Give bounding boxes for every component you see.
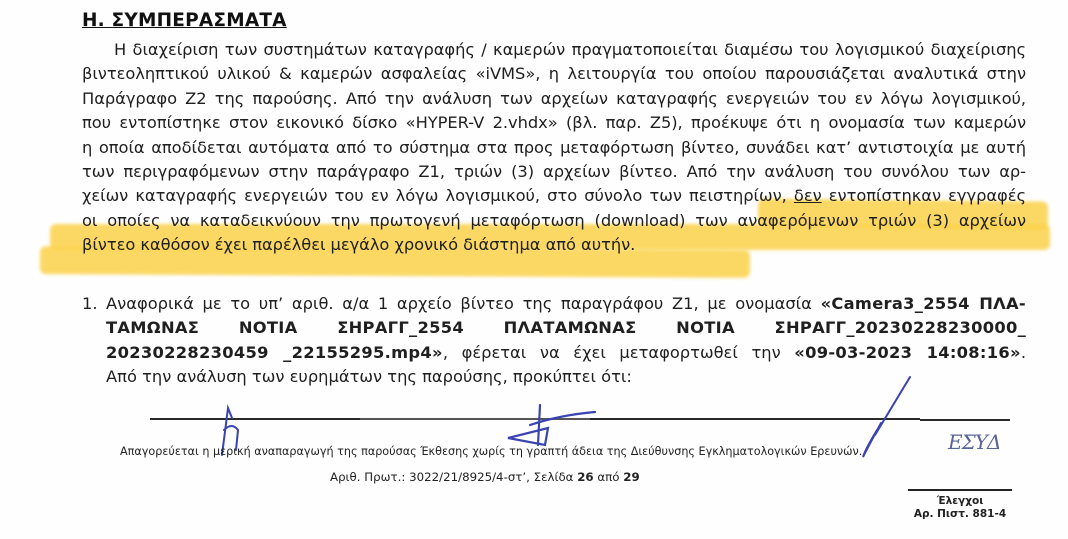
protocol-reference: Αριθ. Πρωτ.: 3022/21/8925/4-στ’, Σελίδα … (330, 470, 640, 484)
paragraph-line: η οποία αποδίδεται αυτόματα από το σύστη… (82, 136, 1026, 160)
checker-label: Έλεγχοι (905, 495, 1015, 508)
checker-block: Έλεγχοι Αρ. Πιστ. 881-4 (905, 495, 1015, 521)
esyd-stamp-icon: ΕΣΥΔ (948, 430, 1006, 470)
paragraph-line: Παράγραφο Ζ2 της παρούσης. Από την ανάλυ… (82, 87, 1026, 111)
underlined-negation: δεν (794, 186, 822, 205)
paragraph-line: βιντεοληπτικού υλικού & καμερών ασφαλεία… (82, 62, 1026, 86)
signature-line-4 (920, 419, 1010, 421)
section-heading: Η. ΣΥΜΠΕΡΑΣΜΑΤΑ (82, 10, 287, 31)
conclusions-paragraph: Η διαχείριση των συστημάτων καταγραφής /… (82, 38, 1026, 258)
paragraph-line: που εντοπίστηκε στον εικονικό δίσκο «HYP… (82, 111, 1026, 135)
document-page: Η. ΣΥΜΠΕΡΑΣΜΑΤΑ Η διαχείριση των συστημά… (0, 0, 1068, 539)
page-current: 26 (577, 470, 593, 484)
paragraph-line: οι οποίες να καταδεικνύουν την πρωτογενή… (82, 209, 1026, 233)
list-number: 1. (82, 292, 98, 316)
upload-datetime: «09-03-2023 14:08:16» (794, 343, 1021, 362)
paragraph-line: Η διαχείριση των συστημάτων καταγραφής /… (82, 38, 1026, 62)
signature-line-1 (150, 418, 360, 420)
paragraph-line: των περιγραφόμενων στην παράγραφο Ζ1, τρ… (82, 160, 1026, 184)
paragraph-line: χείων καταγραφής ενεργειών του εν λόγω λ… (82, 184, 1026, 208)
page-total: 29 (623, 470, 639, 484)
filename-line: ΤΑΜΩΝΑΣ ΝΟΤΙΑ ΣΗΡΑΓΓ_2554 ΠΛΑΤΑΜΩΝΑΣ ΝΟΤ… (82, 316, 1026, 340)
paragraph-line: βίντεο καθόσον έχει παρέλθει μεγάλο χρον… (82, 233, 1026, 257)
signature-2-icon (500, 400, 600, 450)
filename-part: 20230228230459 _22155295.mp4» (106, 343, 443, 362)
checker-rule (908, 489, 1012, 491)
list-line: 20230228230459 _22155295.mp4», φέρεται ν… (106, 341, 1026, 365)
filename-part: «Camera3_2554 ΠΛΑ- (821, 294, 1026, 313)
checker-cert: Αρ. Πιστ. 881-4 (905, 508, 1015, 521)
list-line: Αναφορικά με το υπ’ αριθ. α/α 1 αρχείο β… (106, 292, 1026, 316)
reproduction-notice: Απαγορεύεται η μερική αναπαραγωγή της πα… (120, 445, 900, 458)
